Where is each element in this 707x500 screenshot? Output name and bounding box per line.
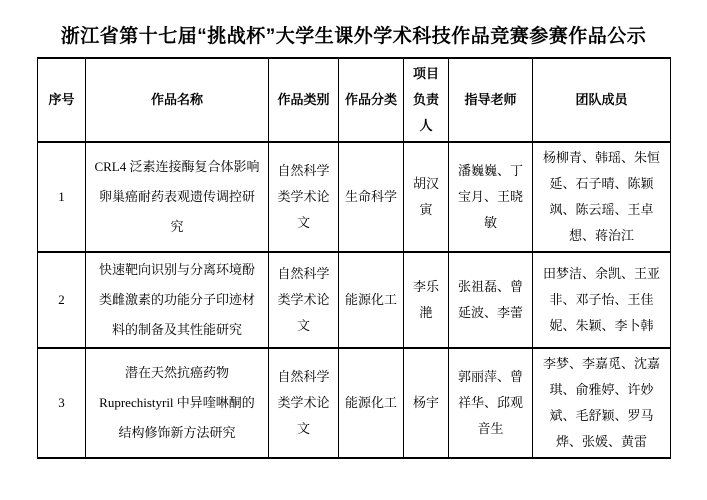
table-row: 2 快速靶向识别与分离环境酚类雌激素的功能分子印迹材料的制备及其性能研究 自然科… xyxy=(38,252,671,348)
cell-serial-no: 3 xyxy=(38,348,86,458)
cell-work-name: CRL4 泛素连接酶复合体影响卵巢癌耐药表观遗传调控研究 xyxy=(86,142,269,252)
cell-advisors: 潘巍巍、丁宝月、王晓敏 xyxy=(449,142,533,252)
cell-team-members: 田梦洁、余凯、王亚非、邓子怡、王佳妮、朱颖、李卜韩 xyxy=(533,252,671,348)
publicity-table: 序号 作品名称 作品类别 作品分类 项目负责人 指导老师 团队成员 1 CRL4… xyxy=(37,57,671,459)
cell-work-category: 自然科学类学术论文 xyxy=(269,348,339,458)
cell-work-classification: 能源化工 xyxy=(339,348,404,458)
cell-advisors: 郭丽萍、曾祥华、邱观音生 xyxy=(449,348,533,458)
table-header-row: 序号 作品名称 作品类别 作品分类 项目负责人 指导老师 团队成员 xyxy=(38,58,671,142)
cell-work-name: 快速靶向识别与分离环境酚类雌激素的功能分子印迹材料的制备及其性能研究 xyxy=(86,252,269,348)
header-team-members: 团队成员 xyxy=(533,58,671,142)
cell-work-classification: 生命科学 xyxy=(339,142,404,252)
header-work-name: 作品名称 xyxy=(86,58,269,142)
header-serial-no: 序号 xyxy=(38,58,86,142)
document-page: 浙江省第十七届“挑战杯”大学生课外学术科技作品竞赛参赛作品公示 序号 作品名称 … xyxy=(0,0,707,500)
cell-project-leader: 杨宇 xyxy=(404,348,449,458)
header-work-classification: 作品分类 xyxy=(339,58,404,142)
header-project-leader: 项目负责人 xyxy=(404,58,449,142)
header-advisors: 指导老师 xyxy=(449,58,533,142)
cell-serial-no: 1 xyxy=(38,142,86,252)
header-work-category: 作品类别 xyxy=(269,58,339,142)
cell-work-classification: 能源化工 xyxy=(339,252,404,348)
cell-team-members: 李梦、李嘉觅、沈嘉琪、俞雅婷、许妙斌、毛舒颖、罗马烨、张媛、黄雷 xyxy=(533,348,671,458)
cell-advisors: 张祖磊、曾延波、李蕾 xyxy=(449,252,533,348)
table-row: 1 CRL4 泛素连接酶复合体影响卵巢癌耐药表观遗传调控研究 自然科学类学术论文… xyxy=(38,142,671,252)
table-row: 3 潜在天然抗癌药物 Ruprechistyril 中异喹啉酮的结构修饰新方法研… xyxy=(38,348,671,458)
cell-project-leader: 李乐滟 xyxy=(404,252,449,348)
cell-work-category: 自然科学类学术论文 xyxy=(269,252,339,348)
cell-team-members: 杨柳青、韩瑶、朱恒延、石子晴、陈颖飒、陈云瑶、王卓想、蒋治江 xyxy=(533,142,671,252)
page-title: 浙江省第十七届“挑战杯”大学生课外学术科技作品竞赛参赛作品公示 xyxy=(0,25,707,49)
cell-work-name: 潜在天然抗癌药物 Ruprechistyril 中异喹啉酮的结构修饰新方法研究 xyxy=(86,348,269,458)
cell-work-category: 自然科学类学术论文 xyxy=(269,142,339,252)
cell-serial-no: 2 xyxy=(38,252,86,348)
cell-project-leader: 胡汉寅 xyxy=(404,142,449,252)
